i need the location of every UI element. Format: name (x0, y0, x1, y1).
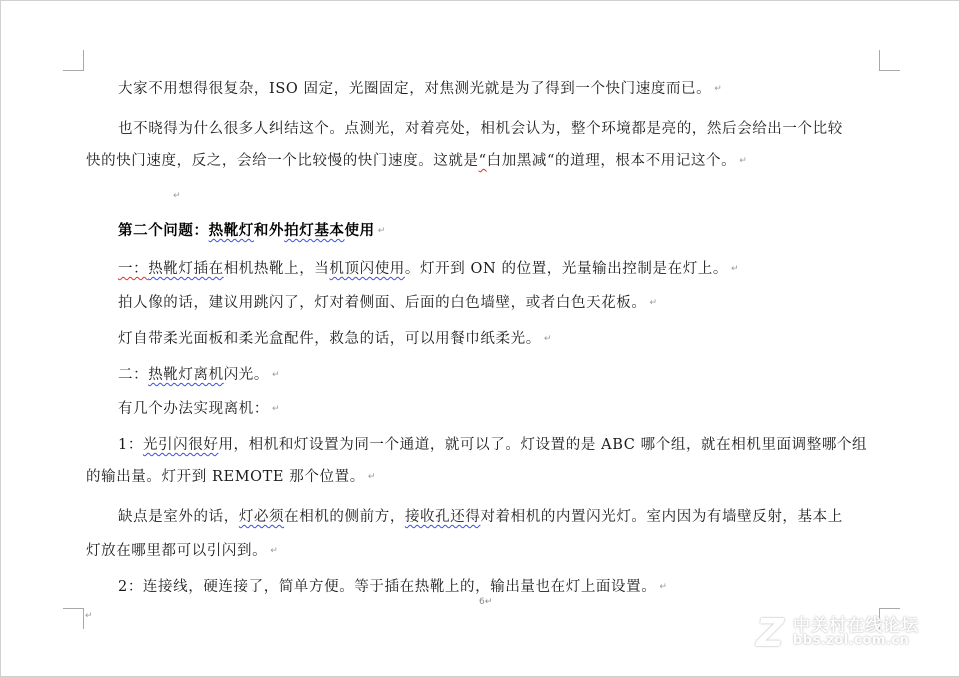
page-number: 6↵ (479, 597, 492, 607)
paragraph-text: 1： (118, 437, 143, 453)
footer-paragraph-mark-icon: ↵ (85, 611, 93, 621)
heading-text: 和外 (254, 222, 284, 239)
paragraph-3[interactable]: 一：热靴灯插在相机热靴上，当机顶闪使用。灯开到 ON 的位置，光量输出控制是在灯… (118, 259, 918, 279)
paragraph-9-line-2[interactable]: 灯放在哪里都可以引闪到。↵ (86, 541, 886, 561)
paragraph-text: 快的快门速度，反之，会给一个比较慢的快门速度。这就是 (86, 153, 479, 169)
paragraph-text: 灯自带柔光面板和柔光盒配件，救急的话，可以用餐巾纸柔光。 (118, 331, 541, 347)
grammar-flag-blue[interactable]: 接收孔还得 (405, 509, 481, 525)
paragraph-mark-icon: ↵ (544, 334, 552, 344)
grammar-flag-blue[interactable]: 热靴灯离机 (148, 367, 224, 383)
paragraph-5[interactable]: 灯自带柔光面板和柔光盒配件，救急的话，可以用餐巾纸柔光。↵ (118, 329, 918, 349)
crop-mark-top-left (63, 50, 84, 71)
watermark-url: bbs.zol.com.cn (793, 633, 909, 648)
paragraph-9-line-1[interactable]: 缺点是室外的话，灯必须在相机的侧前方，接收孔还得对着相机的内置闪光灯。室内因为有… (118, 507, 918, 527)
paragraph-text: 的输出量。灯开到 REMOTE 那个位置。 (86, 469, 365, 485)
paragraph-text: 也不晓得为什么很多人纠结这个。点测光，对着亮处，相机会认为，整个环境都是亮的，然… (118, 121, 843, 137)
paragraph-mark-icon: ↵ (272, 404, 280, 414)
paragraph-mark-icon: ↵ (659, 582, 667, 592)
paragraph-text: 闪光。 (224, 367, 269, 383)
zol-logo-icon: Z (753, 613, 787, 653)
crop-mark-bottom-left (63, 608, 84, 629)
watermark: Z 中关村在线论坛 bbs.zol.com.cn (753, 609, 953, 659)
paragraph-text: 有几个办法实现离机： (118, 401, 269, 417)
paragraph-text: 拍人像的话，建议用跳闪了，灯对着侧面、后面的白色墙壁，或者白色天花板。 (118, 295, 647, 311)
paragraph-mark-icon: ↵ (272, 370, 280, 380)
paragraph-1[interactable]: 大家不用想得很复杂，ISO 固定，光圈固定，对焦测光就是为了得到一个快门速度而已… (118, 79, 918, 99)
paragraph-4[interactable]: 拍人像的话，建议用跳闪了，灯对着侧面、后面的白色墙壁，或者白色天花板。↵ (118, 293, 918, 313)
paragraph-mark-icon: ↵ (731, 264, 739, 274)
empty-paragraph-mark-icon: ↵ (173, 191, 181, 201)
grammar-flag-blue[interactable]: 灯必须 (239, 509, 284, 525)
paragraph-text: 。灯开到 ON 的位置，光量输出控制是在灯上。 (405, 261, 728, 277)
paragraph-text: 对着相机的内置闪光灯。室内因为有墙壁反射，基本上 (480, 509, 842, 525)
paragraph-text: 2：连接线，硬连接了，简单方便。等于插在热靴上的，输出量也在灯上面设置。 (118, 579, 656, 595)
grammar-flag-blue[interactable]: 机顶闪使用 (329, 261, 405, 277)
paragraph-10[interactable]: 2：连接线，硬连接了，简单方便。等于插在热靴上的，输出量也在灯上面设置。↵ (118, 577, 918, 597)
paragraph-6[interactable]: 二：热靴灯离机闪光。↵ (118, 365, 918, 385)
paragraph-text: 灯放在哪里都可以引闪到。 (86, 543, 267, 559)
grammar-flag-blue[interactable]: 热靴灯 (209, 222, 254, 239)
grammar-flag-blue[interactable]: 热靴灯插在 (148, 261, 224, 277)
paragraph-text: 相机热靴上，当 (224, 261, 330, 277)
paragraph-mark-icon: ↵ (270, 546, 278, 556)
paragraph-text: 缺点是室外的话， (118, 509, 239, 525)
paragraph-mark-icon: ↵ (650, 298, 658, 308)
paragraph-mark-icon: ↵ (485, 597, 493, 607)
paragraph-mark-icon: ↵ (368, 472, 376, 482)
document-page[interactable]: 大家不用想得很复杂，ISO 固定，光圈固定，对焦测光就是为了得到一个快门速度而已… (0, 0, 960, 677)
spelling-flag-red[interactable]: 一： (118, 261, 148, 277)
crop-mark-top-right (879, 50, 900, 71)
paragraph-7[interactable]: 有几个办法实现离机：↵ (118, 399, 918, 419)
paragraph-2-line-1[interactable]: 也不晓得为什么很多人纠结这个。点测光，对着亮处，相机会认为，整个环境都是亮的，然… (118, 119, 918, 139)
paragraph-mark-icon: ↵ (378, 226, 386, 236)
paragraph-8-line-2[interactable]: 的输出量。灯开到 REMOTE 那个位置。↵ (86, 467, 886, 487)
spelling-flag-red[interactable]: “ (479, 153, 487, 169)
paragraph-mark-icon: ↵ (739, 156, 747, 166)
paragraph-2-line-2[interactable]: 快的快门速度，反之，会给一个比较慢的快门速度。这就是“白加黑减“的道理，根本不用… (86, 151, 886, 171)
paragraph-text: 在相机的侧前方， (284, 509, 405, 525)
paragraph-text: 二： (118, 367, 148, 383)
paragraph-text: 大家不用想得很复杂，ISO 固定，光圈固定，对焦测光就是为了得到一个快门速度而已… (118, 81, 711, 97)
paragraph-8-line-1[interactable]: 1：光引闪很好用，相机和灯设置为同一个通道，就可以了。灯设置的是 ABC 哪个组… (118, 435, 918, 455)
grammar-flag-blue[interactable]: 光引闪很好 (143, 437, 219, 453)
section-heading[interactable]: 第二个问题：热靴灯和外拍灯基本使用↵ (118, 221, 918, 241)
heading-text: 第二个问题： (118, 222, 209, 239)
paragraph-text: 用，相机和灯设置为同一个通道，就可以了。灯设置的是 ABC 哪个组，就在相机里面… (218, 437, 867, 453)
grammar-flag-blue[interactable]: 拍灯基本 (284, 222, 344, 239)
heading-text: 使用 (345, 222, 375, 239)
paragraph-mark-icon: ↵ (714, 84, 722, 94)
paragraph-text: 白加黑减“的道理，根本不用记这个。 (487, 153, 737, 169)
